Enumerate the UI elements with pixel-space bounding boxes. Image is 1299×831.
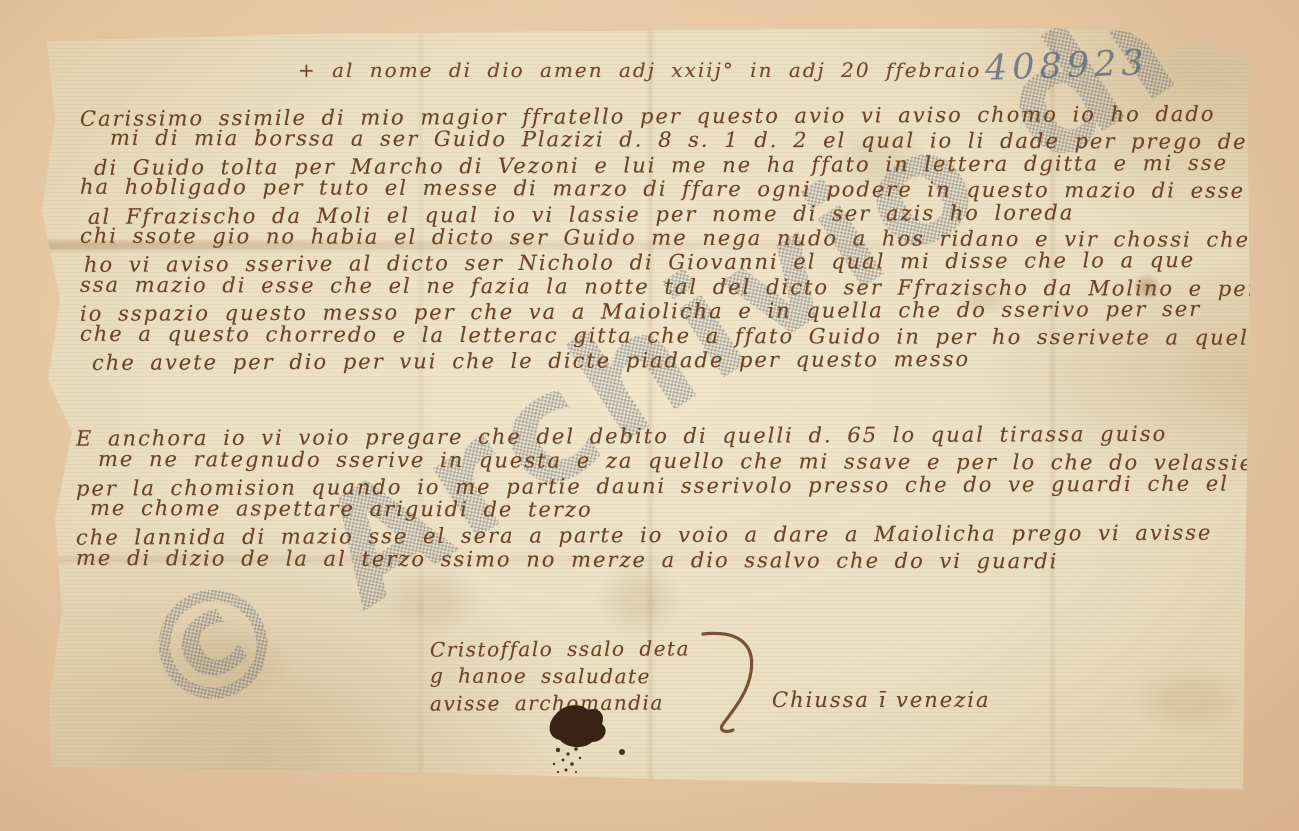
manuscript-photo: © Archivio di Stato di Prato + al nome d… <box>0 0 1299 831</box>
closing-line: Chiussa ī venezia <box>772 688 991 712</box>
ink-brace-flourish <box>693 628 773 736</box>
signature-line: Cristoffalo ssalo deta <box>430 635 690 663</box>
invocation-line: + al nome di dio amen adj xxiij° in adj … <box>298 58 981 82</box>
paper-sheet: © Archivio di Stato di Prato + al nome d… <box>0 0 1299 831</box>
archive-number: 408923 <box>984 43 1149 89</box>
signature-line: g hanoe ssaludate <box>430 663 690 691</box>
manuscript-line: me di dizio de la al terzo ssimo no merz… <box>76 546 1266 575</box>
manuscript-line: che avete per dio per vui che le dicte p… <box>92 345 1299 375</box>
letter-body-paragraph-1: Carissimo ssimile di mio magior ffratell… <box>80 104 1299 372</box>
letter-body-paragraph-2: E anchora io vi voio pregare che del deb… <box>76 424 1266 573</box>
ink-blot <box>518 702 648 777</box>
